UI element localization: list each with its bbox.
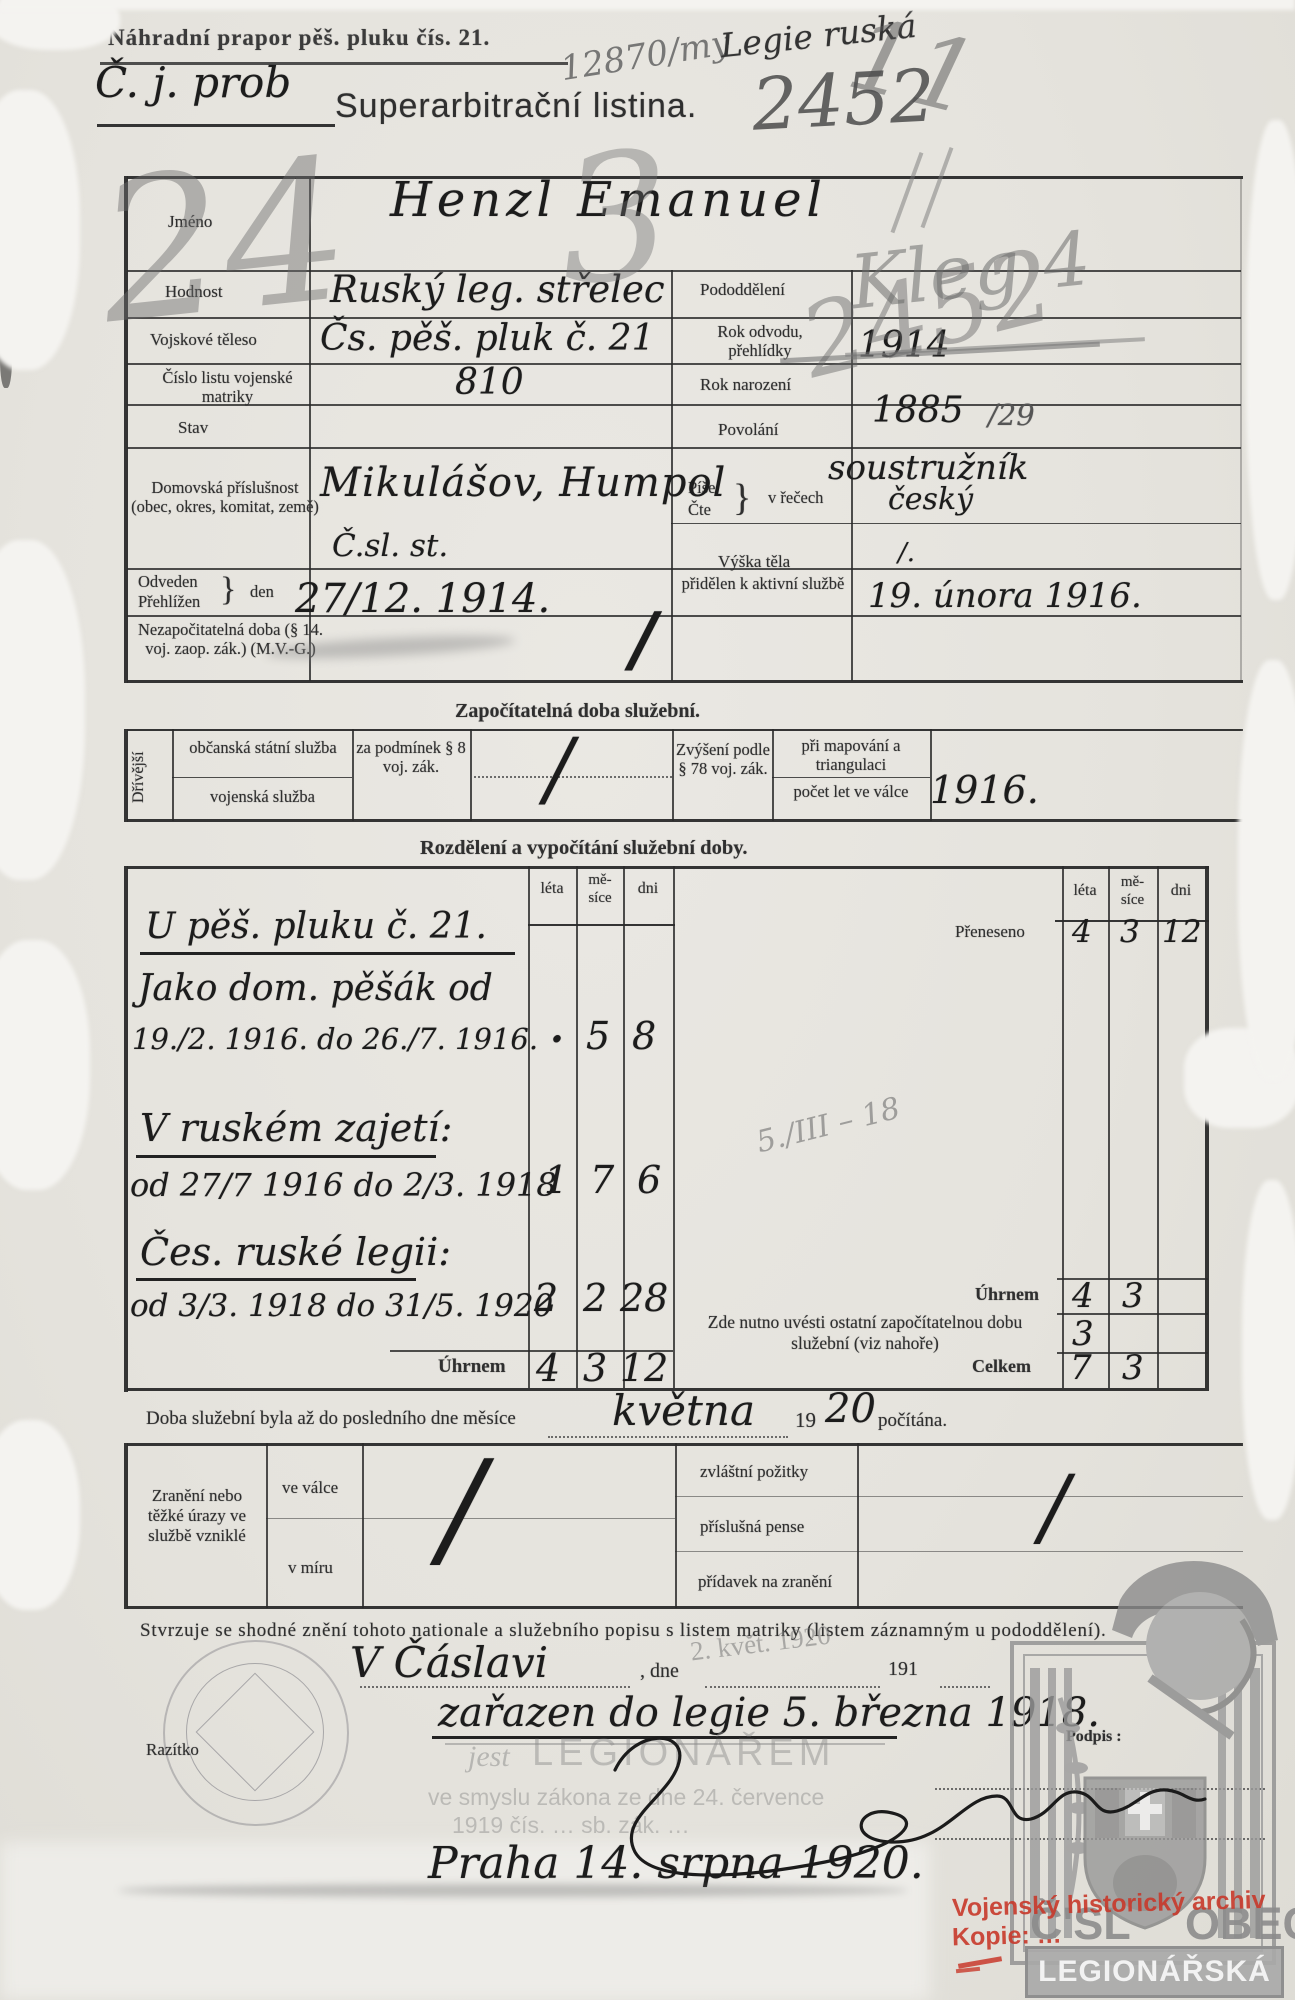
comp-r1-leta: ·: [550, 1016, 564, 1063]
paper-tear: [0, 90, 80, 370]
rule: [1108, 866, 1110, 1388]
pencil-number-24: 24: [89, 116, 360, 368]
field-rok-narozeni-label: Rok narození: [700, 375, 791, 395]
col-obcanska-label: občanská státní služba: [178, 738, 348, 757]
paper-tear: [0, 1420, 80, 1610]
rule: [124, 729, 128, 822]
emblem-legionarska-text: LEGIONÁŘSKÁ: [1038, 1955, 1271, 1989]
stvrzuje-sentence: Stvrzuje se shodné znění tohoto national…: [140, 1620, 1107, 1642]
rule: [360, 1686, 630, 1688]
zraneni-label: Zranění nebo těžké úrazy ve službě vznik…: [132, 1486, 262, 1546]
rule: [772, 777, 930, 778]
paper-tear: [1238, 660, 1295, 1080]
ref-number-handwritten: 12870/my: [558, 23, 733, 89]
col-mesice-line2: síce: [1121, 892, 1144, 908]
place-value: V Čáslavi: [350, 1638, 548, 1687]
col-mesice-line2: síce: [588, 890, 611, 906]
paper-tear: [1246, 120, 1295, 600]
col-mesice-header-right: mě-síce: [1110, 874, 1155, 909]
rule: [127, 819, 1243, 822]
field-odveden-label: Odveden: [138, 572, 198, 591]
field-vojskove-value: Čs. pěš. pluk č. 21: [320, 318, 654, 359]
rule: [1157, 866, 1159, 1388]
year-print: 191: [888, 1658, 918, 1682]
rule: [127, 866, 1209, 869]
uhrnem-left-mesice: 3: [583, 1346, 607, 1390]
rule: [127, 1443, 1243, 1446]
celkem-leta: 7: [1070, 1348, 1092, 1388]
comp-r2-leta: 1: [544, 1158, 568, 1202]
signature: [595, 1700, 1215, 1890]
uhrnem-left-leta: 4: [536, 1346, 560, 1390]
rule: [1062, 866, 1064, 1388]
uhrnem-right-mesice: 3: [1122, 1276, 1144, 1316]
paper-tear: [0, 940, 90, 1190]
doba-month-value: května: [612, 1386, 755, 1435]
archive-stamp-line2: Kopie: …: [952, 1921, 1062, 1953]
uhrnem-right-leta: 4: [1072, 1276, 1094, 1316]
preneseno-label: Přeneseno: [955, 922, 1025, 942]
red-mark: [958, 1956, 1002, 1969]
brace-glyph: }: [220, 570, 236, 610]
rule: [352, 729, 354, 821]
preneseno-leta: 4: [1072, 914, 1092, 950]
rule: [857, 1443, 859, 1608]
preneseno-dni: 12: [1162, 914, 1201, 950]
dne-label: , dne: [640, 1660, 679, 1684]
cj-handwritten: Č. j. prob: [95, 58, 291, 107]
pencil-stroke: [891, 152, 923, 233]
zraneni-slash-value: /: [440, 1432, 484, 1584]
celkem-mesice: 3: [1122, 1348, 1144, 1388]
preneseno-mesice: 3: [1120, 914, 1140, 950]
comp-r2-mesice: 7: [590, 1158, 614, 1202]
rule: [940, 1686, 990, 1688]
comp-r3-leta: 2: [534, 1276, 558, 1320]
field-rok-narozeni-note: /29: [988, 398, 1035, 432]
pense-label: příslušná pense: [700, 1517, 804, 1537]
comp-r1-mesice: 5: [586, 1014, 610, 1058]
rule: [127, 568, 1241, 570]
rule: [548, 1436, 788, 1438]
col-mapovani-label: při mapování a triangulaci: [776, 736, 926, 775]
pencil-stroke: [921, 147, 953, 228]
field-pododdeleni-label: Pododdělení: [700, 280, 785, 300]
comp-entry-3: 19./2. 1916. do 26./7. 1916.: [132, 1022, 538, 1056]
rule: [528, 924, 675, 926]
field-jazyk-value: český: [888, 482, 973, 517]
uhrnem-left-dni: 12: [620, 1346, 668, 1390]
comp-entry-5: od 27/7 1916 do 2/3. 1918: [130, 1166, 557, 1204]
rule: [675, 1496, 1243, 1497]
comp-r1-dni: 8: [632, 1014, 656, 1058]
field-rok-narozeni-value: 1885: [872, 390, 964, 431]
rule: [124, 866, 128, 1392]
rule: [671, 523, 1241, 524]
rule: [172, 729, 174, 821]
field-vyska-label: Výška těla: [718, 552, 790, 572]
doc-number-pencil: 2452: [750, 53, 937, 146]
ve-valce-label: ve válce: [282, 1478, 338, 1498]
rule: [1205, 866, 1209, 1388]
field-den-label: den: [250, 582, 274, 601]
rule: [362, 1443, 364, 1608]
rule: [172, 777, 352, 778]
field-cislo-label: Číslo listu vojenské matriky: [135, 368, 320, 407]
scanned-document-page: Náhradní prapor pěš. pluku čís. 21. Č. j…: [0, 0, 1295, 2000]
doba-prefix: Doba služební byla až do posledního dne …: [146, 1408, 516, 1430]
field-odveden-value: 27/12. 1914.: [295, 576, 550, 622]
comp-entry-7: od 3/3. 1918 do 31/5. 1920: [130, 1288, 553, 1324]
pridavek-label: přídavek na zranění: [698, 1572, 832, 1592]
section-title-zapocitatelna: Započítatelná doba služební.: [455, 700, 700, 724]
doba-suffix: počítána.: [878, 1410, 947, 1432]
pocet-let-value: 1916.: [930, 768, 1039, 812]
col-podminek-label: za podmínek § 8 voj. zák.: [356, 738, 466, 777]
rule: [127, 363, 1241, 365]
col-mesice-header: mě-síce: [578, 872, 622, 907]
rule: [124, 1443, 128, 1609]
handwritten-underline: [140, 952, 515, 955]
col-dni-header-right: dni: [1159, 882, 1203, 901]
rule: [576, 866, 578, 1388]
uhrnem-right-label: Úhrnem: [975, 1284, 1039, 1305]
comp-entry-6: Čes. ruské legii:: [140, 1230, 451, 1274]
rule: [127, 729, 1243, 731]
col-mesice-line1: mě-: [1121, 874, 1144, 890]
col-vojenska-label: vojenská služba: [180, 787, 345, 806]
field-domovska-label: Domovská příslušnost (obec, okres, komit…: [130, 478, 320, 517]
comp-entry-1: U pěš. pluku č. 21.: [145, 906, 487, 947]
celkem-label: Celkem: [972, 1356, 1031, 1377]
doba-year-value: 20: [825, 1386, 876, 1432]
rule: [127, 447, 1241, 449]
field-prehlizen-label: Přehlížen: [138, 592, 200, 611]
section-title-rozdeleni: Rozdělení a vypočítání služební doby.: [420, 836, 747, 860]
col-leta-header-right: léta: [1063, 882, 1107, 901]
stamp-jest: jest: [468, 1740, 510, 1774]
rule: [673, 866, 675, 1388]
rule: [127, 680, 1243, 683]
rule: [470, 729, 472, 821]
paper-tear: [1242, 1180, 1295, 1520]
pozitky-label: zvláštní požitky: [700, 1462, 808, 1482]
field-pridelen-value: 19. února 1916.: [868, 576, 1142, 616]
col-leta-header: léta: [531, 880, 573, 899]
field-domovska-value: Mikulášov, Humpol: [320, 460, 726, 506]
col-pocet-let-label: počet let ve válce: [776, 782, 926, 801]
emblem-legionarska-box: LEGIONÁŘSKÁ: [1025, 1946, 1284, 1998]
col-zvyseni-label: Zvýšení podle § 78 voj. zák.: [676, 740, 770, 779]
rule: [672, 729, 674, 821]
pencil-number-3: 3: [553, 114, 678, 324]
field-nezapocit-value: /: [630, 596, 656, 681]
comp-entry-4: V ruském zajetí:: [140, 1106, 452, 1150]
doba-year-print: 19: [795, 1408, 816, 1433]
field-stav-label: Stav: [178, 418, 208, 438]
v-miru-label: v míru: [288, 1558, 333, 1578]
rule: [772, 729, 774, 821]
comp-r2-dni: 6: [637, 1158, 661, 1202]
comp-r3-dni: 28: [620, 1276, 668, 1320]
field-povolani-label: Povolání: [718, 420, 778, 440]
col-mesice-line1: mě-: [588, 872, 611, 888]
zapocit-slash-value: /: [545, 722, 573, 817]
pencil-note: 5./III – 18: [753, 1091, 904, 1160]
field-pridelen-label: přidělen k aktivní službě: [678, 574, 848, 593]
col-dni-header: dni: [626, 880, 670, 899]
comp-r3-mesice: 2: [583, 1276, 607, 1320]
doc-number-pencil-2: 2452: [790, 226, 1065, 401]
uhrnem-left-label: Úhrnem: [438, 1356, 506, 1378]
handwritten-underline: [136, 1155, 436, 1158]
field-v-recech-label: v řečech: [768, 488, 823, 507]
paper-tear: [0, 0, 1295, 10]
zde-nutno-label: Zde nutno uvésti ostatní započítatelnou …: [685, 1312, 1045, 1353]
rule: [675, 1443, 677, 1608]
field-vyska-value: /.: [898, 538, 915, 568]
field-cislo-value: 810: [455, 362, 524, 403]
rule: [705, 1686, 880, 1688]
comp-entry-2: Jako dom. pěšák od: [138, 968, 493, 1009]
rule: [266, 1443, 268, 1608]
handwritten-underline: [136, 1278, 416, 1281]
col-drivejsi-label: Dřívější: [130, 737, 170, 817]
field-domovska-value2: Č.sl. st.: [332, 528, 448, 564]
rule: [1240, 178, 1242, 683]
brace-glyph: }: [733, 476, 751, 521]
unit-stamp: Náhradní prapor pěš. pluku čís. 21.: [108, 24, 490, 51]
paper-tear: [0, 540, 85, 880]
